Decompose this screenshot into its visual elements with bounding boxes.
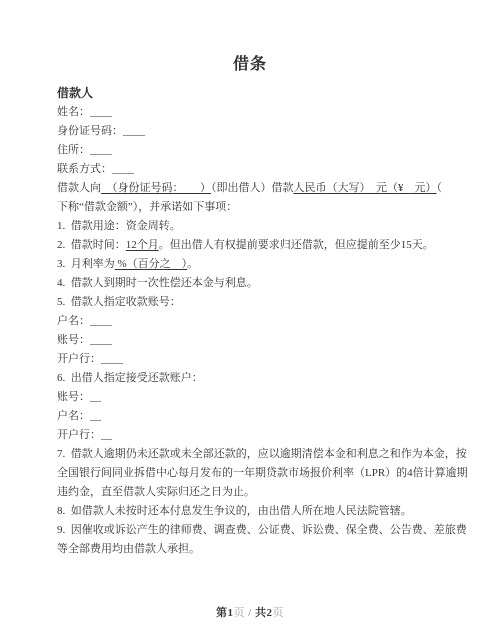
doc-text: 住所：____ xyxy=(57,144,112,156)
doc-line: 联系方式：____ xyxy=(57,160,470,179)
page-footer: 第1页 / 共2页 xyxy=(0,606,500,620)
doc-text: 1. 借款用途：资金周转。 xyxy=(57,220,181,232)
page-number-text: / xyxy=(245,607,255,619)
doc-text: 账号：____ xyxy=(57,334,112,346)
doc-text: 户名：____ xyxy=(57,315,112,327)
doc-line: 2. 借款时间：12个月。但出借人有权提前要求归还借款，但应提前至少15天。 xyxy=(57,236,470,255)
doc-text: 开户行：__ xyxy=(57,429,112,441)
doc-line: 住所：____ xyxy=(57,141,470,160)
doc-text: 户名：__ xyxy=(57,410,101,422)
doc-line: 姓名：____ xyxy=(57,103,470,122)
doc-text: 联系方式：____ xyxy=(57,163,134,175)
doc-text: 3. 月利率为 xyxy=(57,258,115,270)
doc-line: 身份证号码：____ xyxy=(57,122,470,141)
doc-text: 。 xyxy=(187,258,198,270)
document-body: 姓名：____身份证号码：____住所：____联系方式：____借款人向 （身… xyxy=(57,103,470,559)
doc-line: 账号：__ xyxy=(57,388,470,407)
page-number-text: 页 xyxy=(233,607,245,619)
doc-text: 7. 借款人逾期仍未还款或未全部还款的，应以逾期清偿本金和利息之和作为本金，按全… xyxy=(57,448,468,498)
doc-line: 开户行：____ xyxy=(57,350,470,369)
doc-line: 户名：____ xyxy=(57,312,470,331)
fill-in-blank: 人民币（大写） 元（¥ 元） xyxy=(294,182,437,194)
section-heading-borrower: 借款人 xyxy=(57,84,470,103)
doc-line: 7. 借款人逾期仍未还款或未全部还款的，应以逾期清偿本金和利息之和作为本金，按全… xyxy=(57,445,470,502)
doc-line: 5. 借款人指定收款账号： xyxy=(57,293,470,312)
doc-text: 下称“借款金额”），并承诺如下事项： xyxy=(57,201,237,213)
doc-line: 借款人向 （身份证号码： ）（即出借人）借款人民币（大写） 元（¥ 元）（ xyxy=(57,179,470,198)
doc-line: 开户行：__ xyxy=(57,426,470,445)
page-title: 借条 xyxy=(0,0,500,73)
fill-in-blank: %（百分之 ） xyxy=(115,258,187,270)
doc-line: 1. 借款用途：资金周转。 xyxy=(57,217,470,236)
page-number-text: 第1 xyxy=(216,607,234,619)
doc-text: 账号：__ xyxy=(57,391,101,403)
doc-text: 6. 出借人指定接受还款账户： xyxy=(57,372,203,384)
doc-line: 账号：____ xyxy=(57,331,470,350)
doc-text: 4. 借款人到期时一次性偿还本金与利息。 xyxy=(57,277,258,289)
doc-text: 。但出借人有权提前要求归还借款，但应提前至少15天。 xyxy=(159,239,434,251)
doc-line: 4. 借款人到期时一次性偿还本金与利息。 xyxy=(57,274,470,293)
doc-text: 2. 借款时间： xyxy=(57,239,126,251)
doc-text: 借款人向 xyxy=(57,182,101,194)
doc-text: 开户行：____ xyxy=(57,353,123,365)
page-number-text: 共2 xyxy=(255,607,273,619)
doc-text: 身份证号码：____ xyxy=(57,125,145,137)
doc-text: 5. 借款人指定收款账号： xyxy=(57,296,181,308)
doc-text: （ xyxy=(437,182,443,194)
doc-text: 姓名：____ xyxy=(57,106,112,118)
document-page: 借条 借款人 姓名：____身份证号码：____住所：____联系方式：____… xyxy=(0,0,500,641)
doc-line: 9. 因催收或诉讼产生的律师费、调查费、公证费、诉讼费、保全费、公告费、差旅费等… xyxy=(57,521,470,559)
fill-in-blank: （身份证号码： ） xyxy=(101,182,211,194)
doc-line: 户名：__ xyxy=(57,407,470,426)
doc-line: 6. 出借人指定接受还款账户： xyxy=(57,369,470,388)
doc-line: 8. 如借款人未按时还本付息发生争议的，由出借人所在地人民法院管辖。 xyxy=(57,502,470,521)
doc-line: 下称“借款金额”），并承诺如下事项： xyxy=(57,198,470,217)
doc-text: 8. 如借款人未按时还本付息发生争议的，由出借人所在地人民法院管辖。 xyxy=(57,505,412,517)
fill-in-blank: 12个月 xyxy=(126,239,159,251)
page-number-text: 页 xyxy=(273,607,285,619)
doc-line: 3. 月利率为 %（百分之 ）。 xyxy=(57,255,470,274)
doc-text: （即出借人）借款 xyxy=(211,182,294,194)
doc-text: 9. 因催收或诉讼产生的律师费、调查费、公证费、诉讼费、保全费、公告费、差旅费等… xyxy=(57,524,467,555)
